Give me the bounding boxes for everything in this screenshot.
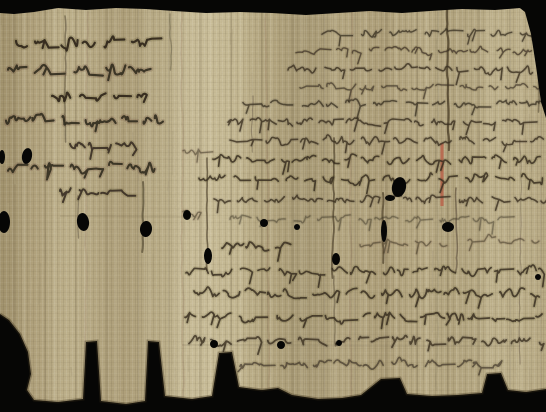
damage-hole <box>381 220 387 242</box>
fiber <box>397 249 398 265</box>
photo-grain <box>0 0 546 412</box>
damage-hole <box>183 210 191 220</box>
damage-hole <box>277 341 285 349</box>
damage-hole <box>535 274 541 280</box>
fiber <box>503 240 504 268</box>
fiber <box>42 144 43 151</box>
papyrus-overlay <box>0 0 546 412</box>
crease-line <box>142 182 143 252</box>
fiber <box>497 287 498 308</box>
fiber <box>168 181 169 191</box>
damage-hole <box>332 253 340 265</box>
papyrus-photograph <box>0 0 546 412</box>
fiber <box>188 355 189 372</box>
fiber <box>1 25 2 72</box>
fiber <box>513 298 514 329</box>
damage-hole <box>204 248 212 264</box>
damage-hole <box>336 340 342 346</box>
fiber <box>251 250 252 256</box>
fiber <box>198 192 199 228</box>
fiber <box>239 42 240 80</box>
fiber <box>100 53 101 68</box>
damage-hole <box>442 222 454 232</box>
fiber <box>432 251 433 294</box>
damage-hole <box>385 195 395 201</box>
fiber <box>172 131 173 175</box>
fiber <box>515 361 516 377</box>
fiber <box>71 367 72 376</box>
damage-hole <box>260 219 268 227</box>
damage-hole <box>210 340 218 348</box>
fiber <box>531 131 532 172</box>
fiber <box>14 173 15 184</box>
fiber <box>232 29 233 64</box>
fiber <box>81 27 82 50</box>
damage-hole <box>294 224 300 230</box>
fiber <box>410 130 411 173</box>
